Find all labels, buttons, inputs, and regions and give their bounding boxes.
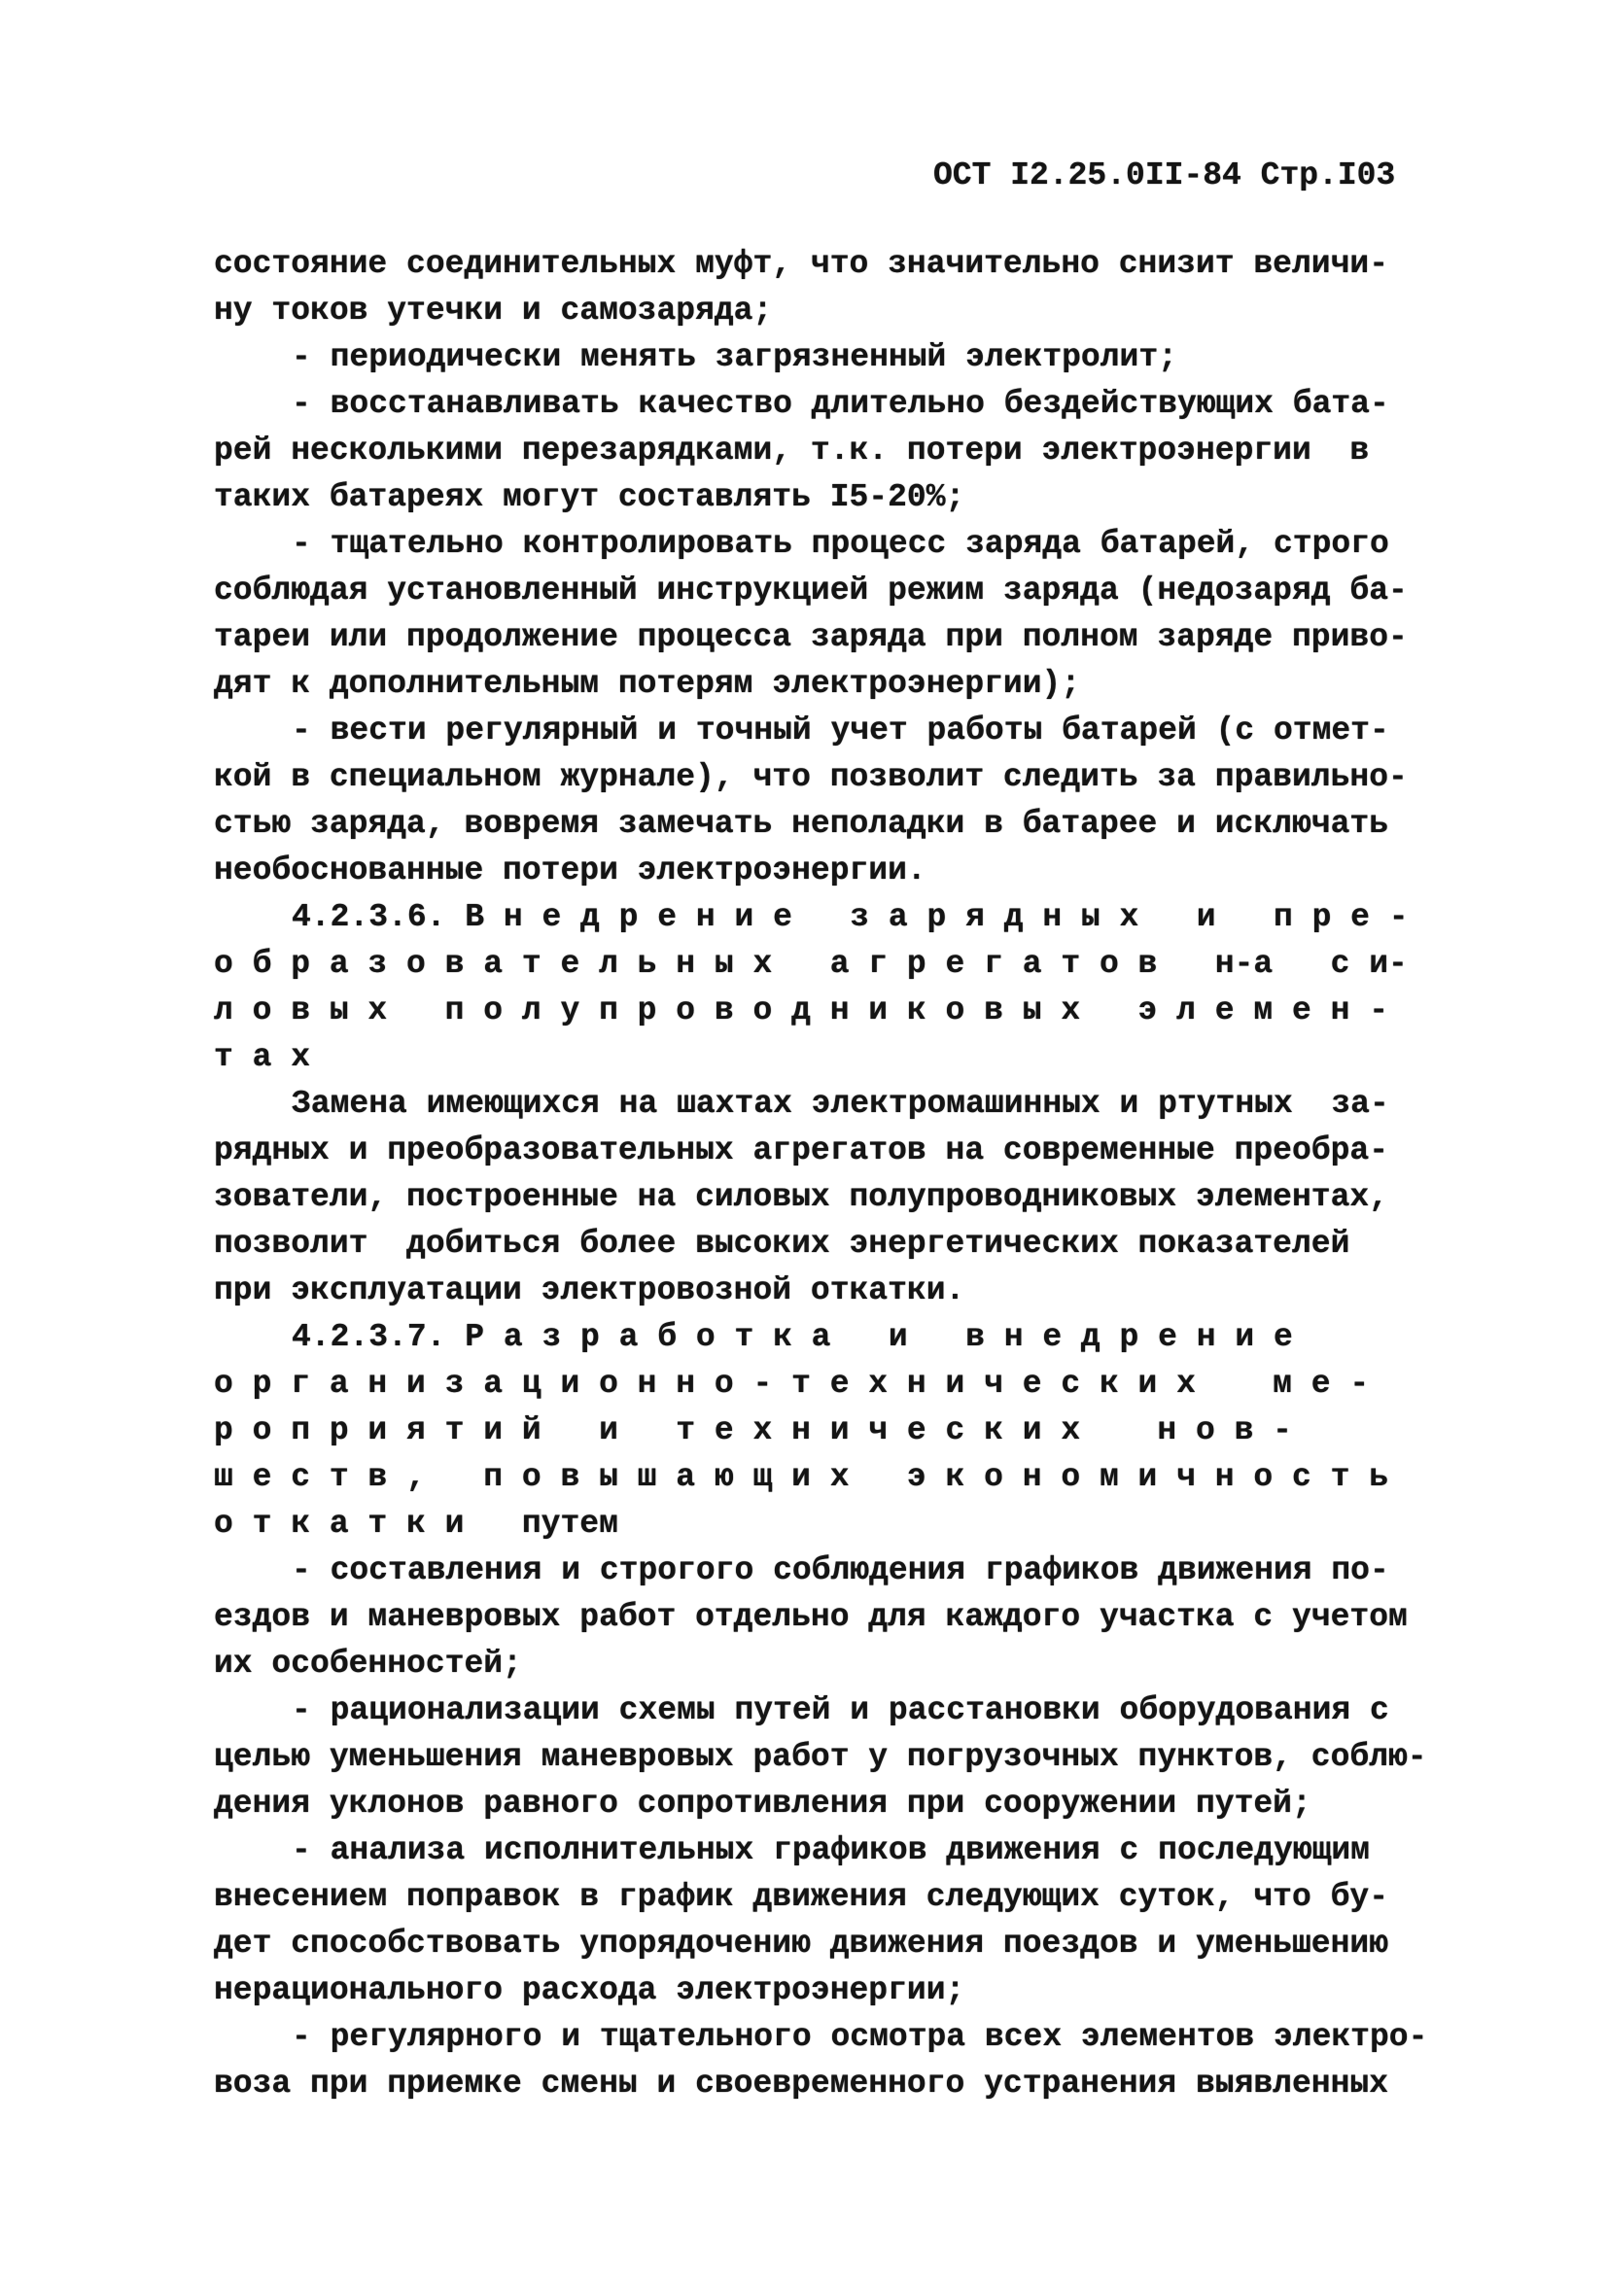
section-heading-line: т а х	[214, 1034, 1468, 1081]
section-heading-line: о т к а т к и путем	[214, 1501, 1468, 1548]
text-line: зователи, построенные на силовых полупро…	[214, 1174, 1468, 1221]
document-page: ОСТ I2.25.0II-84 Стр.I03 состояние соеди…	[0, 0, 1607, 2296]
text-line: дет способствовать упорядочению движения…	[214, 1921, 1468, 1967]
page-header: ОСТ I2.25.0II-84 Стр.I03	[933, 157, 1395, 193]
list-item-line: - рационализации схемы путей и расстанов…	[214, 1687, 1468, 1734]
text-line: ездов и маневровых работ отдельно для ка…	[214, 1594, 1468, 1641]
list-item-line: - периодически менять загрязненный элект…	[214, 334, 1468, 381]
text-line: нерационального расхода электроэнергии;	[214, 1967, 1468, 2014]
list-item-line: - анализа исполнительных графиков движен…	[214, 1827, 1468, 1874]
text-line: их особенностей;	[214, 1641, 1468, 1687]
section-heading-line: о р г а н и з а ц и о н н о - т е х н и …	[214, 1361, 1468, 1408]
text-line: таких батареях могут составлять I5-20%;	[214, 474, 1468, 521]
document-body: состояние соединительных муфт, что значи…	[214, 241, 1468, 2107]
text-line: Замена имеющихся на шахтах электромашинн…	[214, 1081, 1468, 1128]
text-line: при эксплуатации электровозной откатки.	[214, 1268, 1468, 1314]
text-line: дения уклонов равного сопротивления при …	[214, 1781, 1468, 1827]
section-heading-line: л о в ы х п о л у п р о в о д н и к о в …	[214, 988, 1468, 1034]
text-line: позволит добиться более высоких энергети…	[214, 1221, 1468, 1268]
section-heading-line: о б р а з о в а т е л ь н ы х а г р е г …	[214, 941, 1468, 988]
list-item-line: - восстанавливать качество длительно без…	[214, 381, 1468, 428]
text-line: рей несколькими перезарядками, т.к. поте…	[214, 428, 1468, 474]
section-heading-line: 4.2.3.7. Р а з р а б о т к а и в н е д р…	[214, 1314, 1468, 1361]
text-line: целью уменьшения маневровых работ у погр…	[214, 1734, 1468, 1781]
text-line: кой в специальном журнале), что позволит…	[214, 754, 1468, 801]
section-heading-line: р о п р и я т и й и т е х н и ч е с к и …	[214, 1408, 1468, 1454]
text-line: воза при приемке смены и своевременного …	[214, 2061, 1468, 2107]
text-line: дят к дополнительным потерям электроэнер…	[214, 661, 1468, 708]
text-line: рядных и преобразовательных агрегатов на…	[214, 1128, 1468, 1174]
list-item-line: - вести регулярный и точный учет работы …	[214, 708, 1468, 754]
text-line: внесением поправок в график движения сле…	[214, 1874, 1468, 1921]
text-line: соблюдая установленный инструкцией режим…	[214, 568, 1468, 614]
list-item-line: - регулярного и тщательного осмотра всех…	[214, 2014, 1468, 2061]
text-line: состояние соединительных муфт, что значи…	[214, 241, 1468, 288]
section-heading-line: 4.2.3.6. В н е д р е н и е з а р я д н ы…	[214, 894, 1468, 941]
text-line: необоснованные потери электроэнергии.	[214, 848, 1468, 894]
list-item-line: - тщательно контролировать процесс заряд…	[214, 521, 1468, 568]
section-heading-line: ш е с т в , п о в ы ш а ю щ и х э к о н …	[214, 1454, 1468, 1501]
list-item-line: - составления и строгого соблюдения граф…	[214, 1548, 1468, 1594]
text-line: стью заряда, вовремя замечать неполадки …	[214, 801, 1468, 848]
text-line: тареи или продолжение процесса заряда пр…	[214, 614, 1468, 661]
text-line: ну токов утечки и самозаряда;	[214, 288, 1468, 334]
